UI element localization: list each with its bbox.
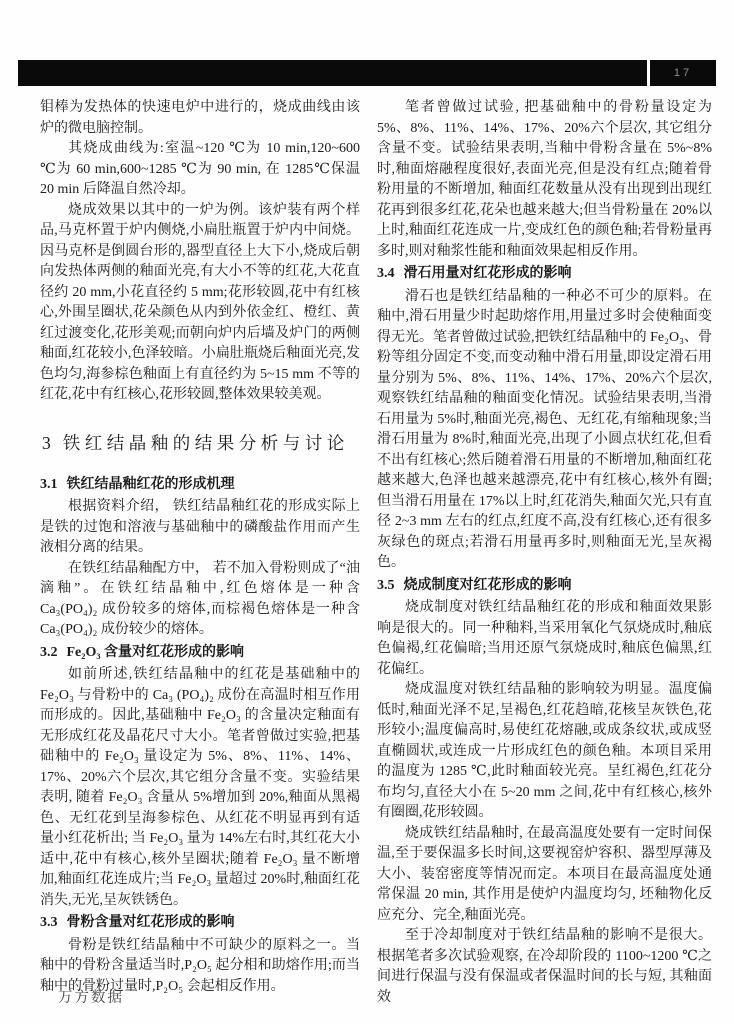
subsection-heading: 3.1铁红结晶釉红花的形成机理	[40, 475, 360, 496]
right-column: 笔者曾做过试验, 把基础釉中的骨粉量设定为 5%、8%、11%、14%、17%、…	[377, 98, 712, 1008]
paragraph: 滑石也是铁红结晶釉的一种必不可少的原料。在釉中,滑石用量少时起助熔作用,用量过多…	[377, 287, 712, 574]
subsection-title: 烧成制度对红花形成的影响	[404, 578, 572, 593]
left-column: 钼棒为发热体的快速电炉中进行的，烧成曲线由该炉的微电脑控制。 其烧成曲线为:室温…	[40, 98, 360, 1008]
section-title: 铁红结晶釉的结果分析与讨论	[63, 433, 349, 453]
paragraph: 笔者曾做过试验, 把基础釉中的骨粉量设定为 5%、8%、11%、14%、17%、…	[377, 98, 712, 262]
paragraph: 如前所述,铁红结晶釉中的红花是基础釉中的 Fe₂O₃ 与骨粉中的 Ca₃ (PO…	[40, 665, 360, 911]
paper-page: 17 钼棒为发热体的快速电炉中进行的，烧成曲线由该炉的微电脑控制。 其烧成曲线为…	[0, 0, 734, 1024]
subsection-number: 3.5	[377, 578, 395, 593]
subsection-heading: 3.3骨粉含量对红花形成的影响	[40, 913, 360, 934]
page-number-box: 17	[650, 60, 716, 86]
subsection-number: 3.4	[377, 266, 395, 281]
paragraph: 烧成温度对铁红结晶釉的影响较为明显。温度偏低时,釉面光泽不足,呈褐色,红花趋暗,…	[377, 680, 712, 824]
paragraph: 在铁红结晶釉配方中， 若不加入骨粉则成了“油滴釉”。在铁红结晶釉中,红色熔体是一…	[40, 559, 360, 641]
paragraph: 烧成铁红结晶釉时, 在最高温度处要有一定时间保温,至于要保温多长时间,这要视窑炉…	[377, 824, 712, 927]
subsection-number: 3.2	[40, 645, 58, 660]
section-heading: 3铁红结晶釉的结果分析与讨论	[42, 432, 360, 454]
section-number: 3	[42, 433, 51, 453]
paragraph: 其烧成曲线为:室温~120 ℃为 10 min,120~600 ℃为 60 mi…	[40, 139, 360, 201]
paragraph: 烧成制度对铁红结晶釉红花的形成和釉面效果影响是很大的。同一种釉料,当采用氧化气氛…	[377, 598, 712, 680]
subsection-title: Fe₂O₃ 含量对红花形成的影响	[67, 645, 245, 660]
subsection-title: 铁红结晶釉红花的形成机理	[67, 477, 235, 492]
header-bar: 17	[18, 60, 716, 86]
wanfang-watermark: 万方数据	[58, 986, 124, 1007]
paragraph: 至于冷却制度对于铁红结晶釉的影响不是很大。根据笔者多次试验观察, 在冷却阶段的 …	[377, 926, 712, 1008]
paragraph: 烧成效果以其中的一炉为例。该炉装有两个样品,马克杯置于炉内侧烧,小扁肚瓶置于炉内…	[40, 201, 360, 406]
subsection-number: 3.3	[40, 915, 58, 930]
subsection-title: 滑石用量对红花形成的影响	[404, 266, 572, 281]
paragraph: 根据资料介绍， 铁红结晶釉红花的形成实际上是铁的过饱和溶液与基础釉中的磷酸盐作用…	[40, 497, 360, 559]
subsection-number: 3.1	[40, 477, 58, 492]
header-bar-rule	[18, 60, 647, 86]
page-body: 钼棒为发热体的快速电炉中进行的，烧成曲线由该炉的微电脑控制。 其烧成曲线为:室温…	[40, 98, 712, 1008]
page-number: 17	[674, 67, 692, 79]
subsection-heading: 3.5烧成制度对红花形成的影响	[377, 576, 712, 597]
paragraph: 钼棒为发热体的快速电炉中进行的，烧成曲线由该炉的微电脑控制。	[40, 98, 360, 139]
subsection-heading: 3.2Fe₂O₃ 含量对红花形成的影响	[40, 643, 360, 664]
subsection-title: 骨粉含量对红花形成的影响	[67, 915, 235, 930]
subsection-heading: 3.4滑石用量对红花形成的影响	[377, 264, 712, 285]
